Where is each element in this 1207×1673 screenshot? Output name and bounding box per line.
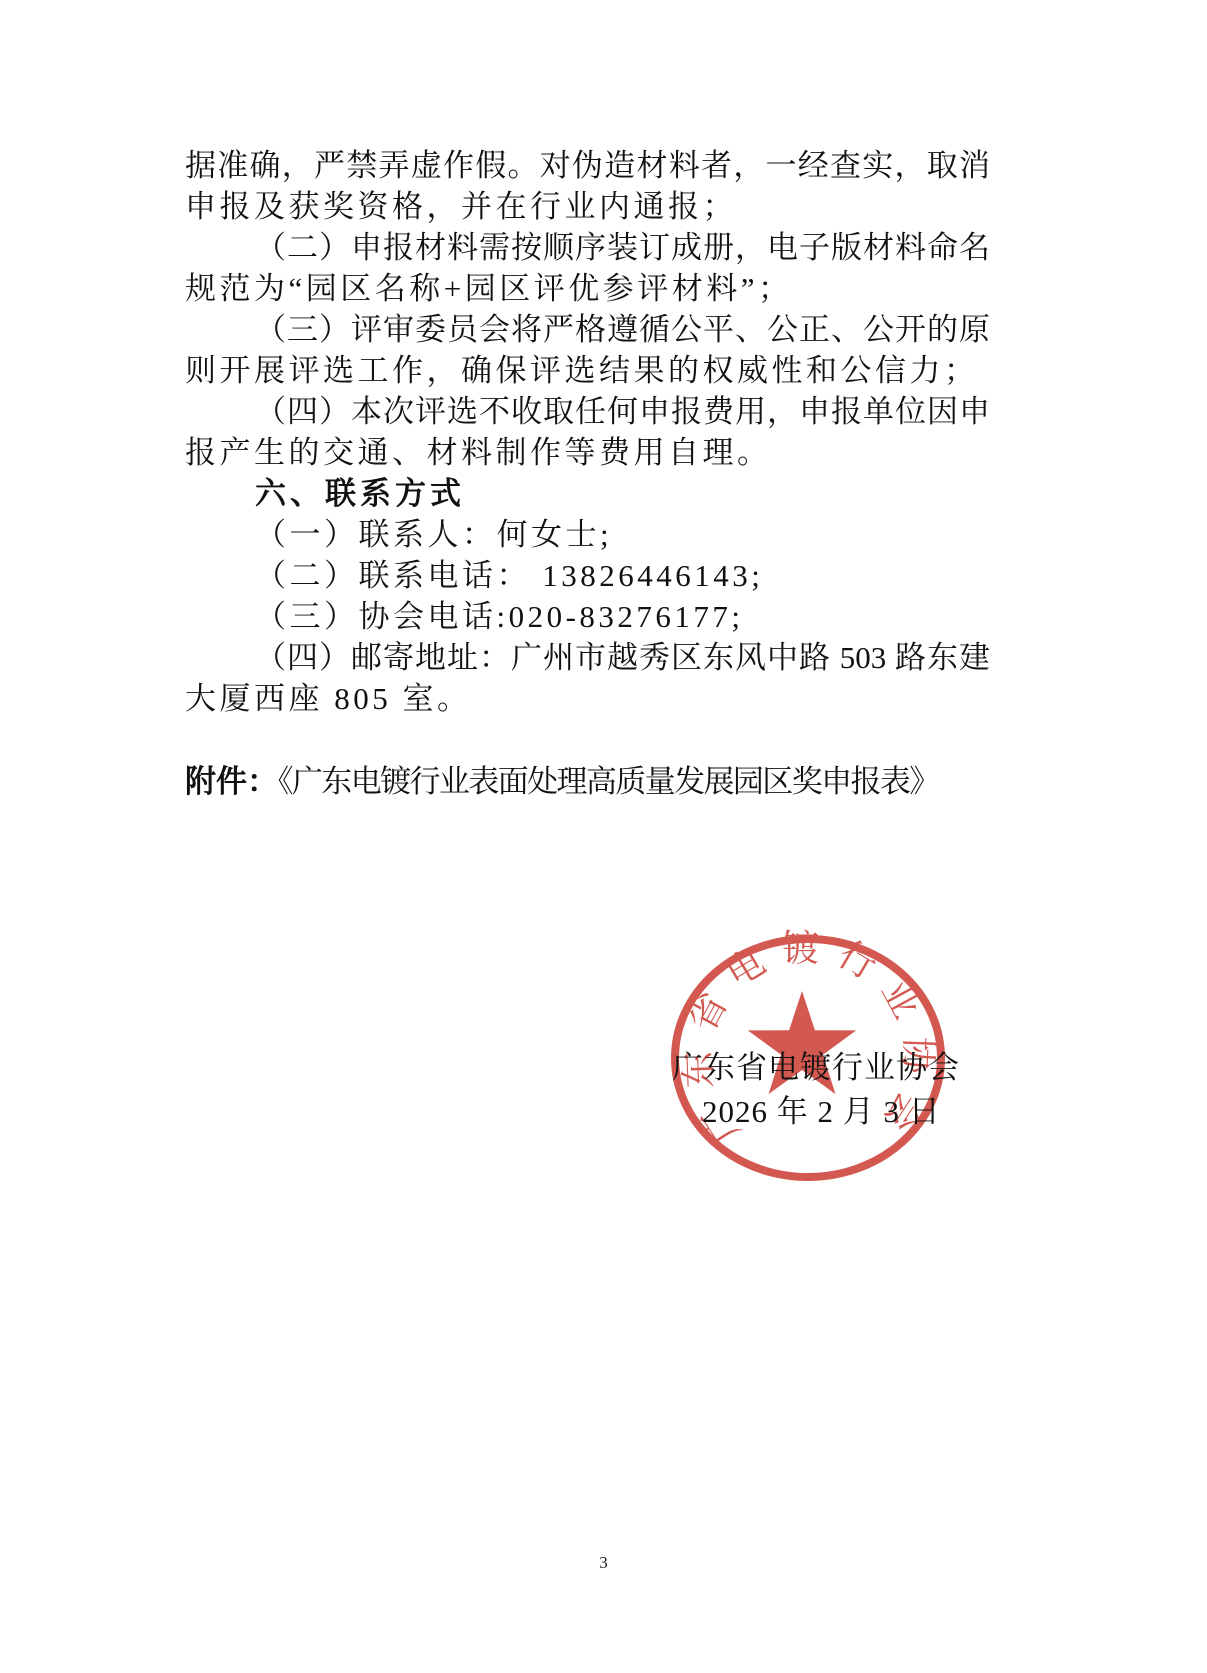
mailing-address-line: 大厦西座 805 室。 bbox=[185, 678, 990, 719]
body-line: （四）本次评选不收取任何申报费用，申报单位因申 bbox=[185, 391, 990, 432]
page-number: 3 bbox=[0, 1553, 1207, 1573]
mailing-address-line: （四）邮寄地址：广州市越秀区东风中路 503 路东建 bbox=[185, 637, 990, 678]
document-body: 据准确，严禁弄虚作假。对伪造材料者，一经查实，取消 申报及获奖资格，并在行业内通… bbox=[185, 145, 990, 719]
document-page: 据准确，严禁弄虚作假。对伪造材料者，一经查实，取消 申报及获奖资格，并在行业内通… bbox=[0, 0, 1207, 1673]
signature-block: 广东省电镀行业协会 2026 年 2 月 3 日 bbox=[672, 1046, 960, 1134]
attachment-title: 《广东电镀行业表面处理高质量发展园区奖申报表》 bbox=[278, 764, 939, 799]
contact-person-line: （一）联系人：何女士; bbox=[185, 514, 990, 555]
contact-phone-line: （二）联系电话： 13826446143; bbox=[185, 555, 990, 596]
signature-org: 广东省电镀行业协会 bbox=[672, 1046, 960, 1090]
attachment-label: 附件： bbox=[185, 764, 278, 799]
body-line: 申报及获奖资格，并在行业内通报； bbox=[185, 186, 990, 227]
body-line: 规范为“园区名称+园区评优参评材料”； bbox=[185, 268, 990, 309]
attachment-line: 附件：《广东电镀行业表面处理高质量发展园区奖申报表》 bbox=[185, 756, 939, 801]
association-phone-line: （三）协会电话:020-83276177; bbox=[185, 596, 990, 637]
body-line: 报产生的交通、材料制作等费用自理。 bbox=[185, 432, 990, 473]
body-line: （二）申报材料需按顺序装订成册，电子版材料命名 bbox=[185, 227, 990, 268]
section-heading-contact: 六、联系方式 bbox=[185, 473, 990, 514]
body-line: 则开展评选工作，确保评选结果的权威性和公信力； bbox=[185, 350, 990, 391]
body-line: 据准确，严禁弄虚作假。对伪造材料者，一经查实，取消 bbox=[185, 145, 990, 186]
signature-date: 2026 年 2 月 3 日 bbox=[702, 1090, 960, 1134]
body-line: （三）评审委员会将严格遵循公平、公正、公开的原 bbox=[185, 309, 990, 350]
